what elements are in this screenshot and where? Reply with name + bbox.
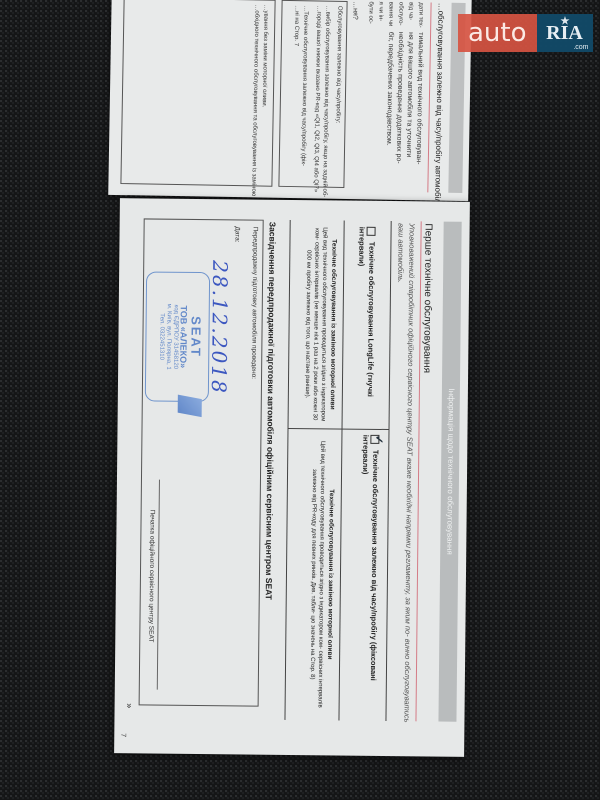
- certification-title: Засвідчення передпродажної підготовки ав…: [264, 222, 278, 600]
- upper-info-box: Обслуговування залежно від часу/пробігу:…: [278, 0, 347, 188]
- seat-logo-icon: [178, 395, 202, 417]
- upper-question: …ня?: [349, 1, 359, 20]
- watermark-ria: ★ RIA .com: [537, 14, 593, 52]
- header-band: Інформація щодо технічного обслуговуванн…: [438, 222, 461, 722]
- date-label: Дата:: [233, 226, 240, 242]
- option-longlife[interactable]: Технічне обслуговування LongLife (гнучкі…: [355, 227, 377, 423]
- option-fixed[interactable]: Технічне обслуговування залежно від часу…: [358, 435, 381, 715]
- checkbox-longlife[interactable]: [367, 227, 376, 236]
- upper-red-rule: [427, 2, 431, 192]
- signature-label: Печатка офіційного сервісного центру SEA…: [147, 510, 155, 643]
- upper-page-content: …обслуговування залежно від часу/пробігу…: [108, 0, 472, 201]
- handwritten-date: 28.12.2018: [207, 260, 232, 395]
- fixed-description: Цей вид технічного обслуговування провод…: [308, 434, 327, 714]
- continue-arrow-icon: »: [125, 703, 135, 708]
- watermark-auto: auto: [458, 14, 537, 52]
- dealer-stamp: SEAT ТОВ «АЛЕКО» код ЄДРПОУ 31458120 м. …: [145, 271, 210, 402]
- intro-text: Уповноважений співробітник офіційного се…: [390, 223, 417, 723]
- autoria-watermark: auto ★ RIA .com: [458, 14, 593, 52]
- booklet-upper-page: …обслуговування залежно від часу/пробігу…: [108, 0, 472, 201]
- booklet-main-page: Інформація щодо технічного обслуговуванн…: [114, 198, 470, 757]
- checkbox-fixed[interactable]: [371, 435, 380, 444]
- main-page-content: Інформація щодо технічного обслуговуванн…: [114, 198, 470, 757]
- longlife-description: Цей вид технічного обслуговування провод…: [303, 226, 329, 422]
- star-icon: ★: [561, 16, 570, 27]
- signature-line: [157, 480, 160, 690]
- longlife-subtitle: Технічне обслуговування із заміною мотор…: [327, 226, 339, 422]
- certification-box: Передпродажну підготовку автомобіля пров…: [139, 218, 264, 706]
- upper-bottom-box: …ування без заміни моторної оливи. …обхі…: [120, 0, 275, 187]
- page-number: 7: [119, 733, 126, 737]
- maintenance-options-table: Технічне обслуговування LongLife (гнучкі…: [284, 220, 391, 721]
- certification-note: Передпродажну підготовку автомобіля пров…: [250, 227, 259, 379]
- upper-heading: …обслуговування залежно від часу/пробігу…: [432, 3, 446, 212]
- section-title: Перше технічне обслуговування: [421, 223, 434, 373]
